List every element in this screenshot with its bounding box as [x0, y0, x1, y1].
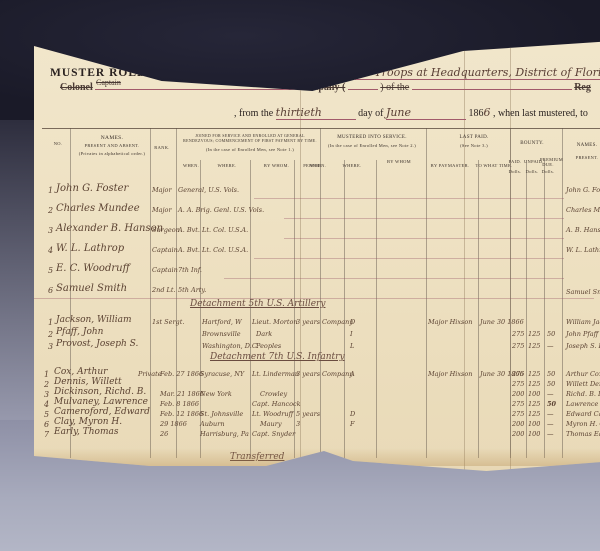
heading-line-3: , from the thirtieth day of June 1866 , …	[234, 106, 588, 120]
table-header: No. NAMES. PRESENT AND ABSENT. (Privates…	[42, 128, 600, 179]
column-rule	[544, 160, 545, 458]
column-rule	[376, 160, 377, 458]
column-rule	[478, 160, 479, 458]
column-rule	[320, 128, 321, 458]
column-rule	[562, 128, 563, 458]
day-value: thirtieth	[276, 106, 322, 119]
column-rule	[426, 128, 427, 458]
year-digit: 6	[483, 106, 490, 119]
artillery-heading: Detachment 5th U.S. Artillery	[190, 299, 325, 309]
column-rule	[526, 160, 527, 458]
column-rule	[510, 128, 511, 458]
column-rule	[344, 160, 345, 458]
column-rule	[294, 160, 295, 458]
month-value: June	[386, 106, 411, 119]
column-rule	[150, 128, 151, 458]
column-rule	[176, 128, 177, 458]
column-rule	[250, 160, 251, 458]
infantry-heading: Detachment 7th U.S. Infantry	[210, 352, 345, 362]
